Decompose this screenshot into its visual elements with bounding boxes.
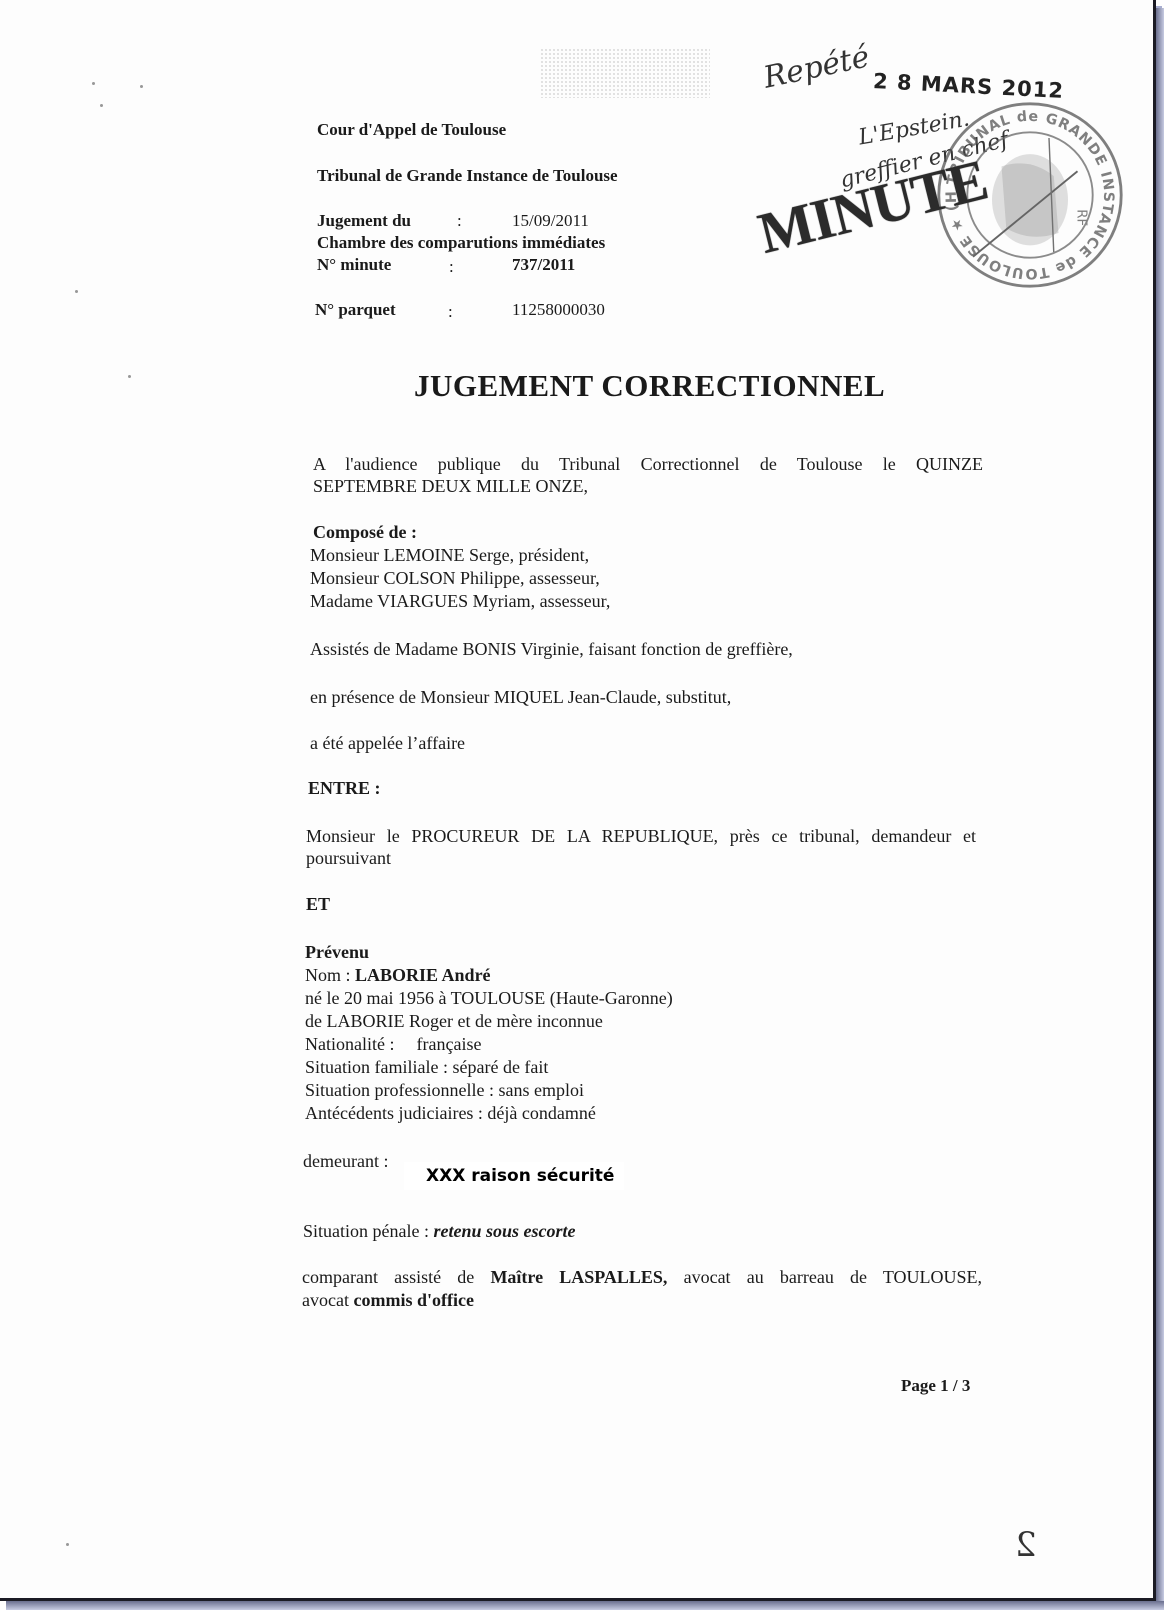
scan-speck [75,290,78,293]
family-status: Situation familiale : séparé de fait [305,1057,548,1078]
composition-label: Composé de : [313,522,417,543]
court-of-appeal: Cour d'Appel de Toulouse [317,120,506,140]
scan-speck [140,85,143,88]
penal-status: Situation pénale : retenu sous escorte [303,1221,576,1242]
judgment-date-value: 15/09/2011 [512,211,589,231]
clerk: Assistés de Madame BONIS Virginie, faisa… [310,639,793,660]
separator: : [449,257,454,277]
svg-text:RF: RF [1074,209,1089,226]
page-shadow-bottom [6,1601,1164,1610]
between-label: ENTRE : [308,778,381,799]
counsel-line-1: comparant assisté de Maître LASPALLES, a… [302,1267,982,1288]
professional-status: Situation professionnelle : sans emploi [305,1080,584,1101]
separator: : [457,211,462,231]
scan-speck [100,104,103,107]
minute-label: N° minute [317,255,391,275]
chamber: Chambre des comparutions immédiates [317,233,605,253]
judge-president: Monsieur LEMOINE Serge, président, [310,545,589,566]
case-called: a été appelée l’affaire [310,733,465,754]
scan-speck [128,375,131,378]
judgment-date-label: Jugement du [317,211,411,231]
criminal-record: Antécédents judiciaires : déjà condamné [305,1103,596,1124]
plaintiff-line-1: Monsieur le PROCUREUR DE LA REPUBLIQUE, … [306,826,976,847]
parquet-label: N° parquet [315,300,396,320]
defendant-name: Nom : LABORIE André [305,965,491,986]
page-number: Page 1 / 3 [901,1376,970,1396]
faded-stamp [540,48,710,98]
minute-value: 737/2011 [512,255,575,275]
prosecutor-presence: en présence de Monsieur MIQUEL Jean-Clau… [310,687,731,708]
and-label: ET [306,894,330,915]
judge-assessor-1: Monsieur COLSON Philippe, assesseur, [310,568,600,589]
residence-label: demeurant : [303,1151,388,1172]
defendant-parents: de LABORIE Roger et de mère inconnue [305,1011,603,1032]
separator: : [448,302,453,322]
defendant-label: Prévenu [305,942,369,963]
handwritten-page-number: 2 [1015,1525,1037,1565]
tribunal-name: Tribunal de Grande Instance de Toulouse [317,166,618,186]
scan-speck [92,82,95,85]
parquet-value: 11258000030 [512,300,605,320]
page-shadow-right [1156,8,1164,1608]
plaintiff-line-2: poursuivant [306,848,391,869]
defendant-nationality: Nationalité :française [305,1034,481,1055]
scan-speck [66,1543,69,1546]
counsel-line-2: avocat commis d'office [302,1290,474,1311]
judge-assessor-2: Madame VIARGUES Myriam, assesseur, [310,591,610,612]
audience-line-1: A l'audience publique du Tribunal Correc… [313,454,983,475]
residence-redacted: XXX raison sécurité [404,1162,624,1190]
document-title: JUGEMENT CORRECTIONNEL [414,368,885,404]
audience-line-2: SEPTEMBRE DEUX MILLE ONZE, [313,476,588,497]
defendant-birth: né le 20 mai 1956 à TOULOUSE (Haute-Garo… [305,988,673,1009]
